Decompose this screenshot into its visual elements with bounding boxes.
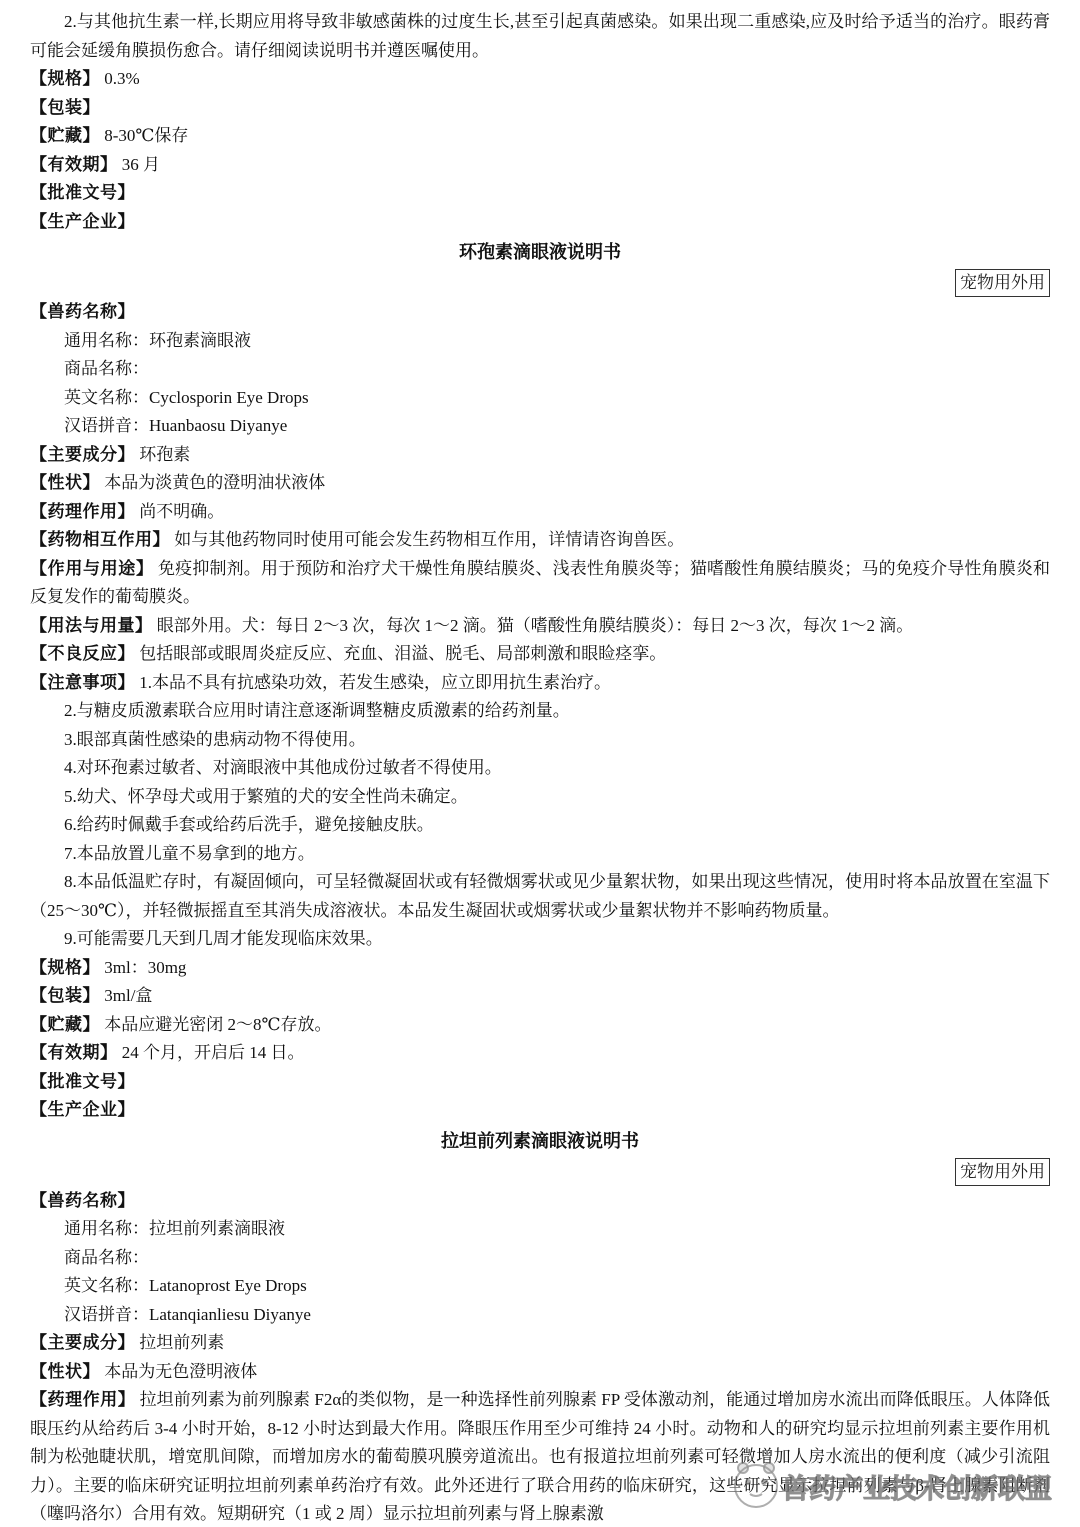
entry-indications: 【作用与用途】 免疫抑制剂。用于预防和治疗犬干燥性角膜结膜炎、浅表性角膜炎等；猫… — [30, 555, 1050, 612]
pet-external-use-badge: 宠物用外用 — [955, 269, 1050, 297]
entry-dosage: 【用法与用量】 眼部外用。犬：每日 2～3 次，每次 1～2 滴。猫（嗜酸性角膜… — [30, 612, 1050, 641]
field-value: 3ml/盒 — [100, 986, 152, 1005]
cyclosporin-leaflet-title: 环孢素滴眼液说明书 — [30, 237, 1050, 267]
field-label: 【有效期】 — [30, 155, 118, 174]
field-value: 0.3% — [100, 69, 140, 88]
field-value: 36 月 — [118, 155, 161, 174]
field-row-spec: 【规格】 3ml：30mg — [30, 954, 1050, 983]
precaution-note: 6.给药时佩戴手套或给药后洗手，避免接触皮肤。 — [30, 811, 1050, 840]
entry-pharmacology: 【药理作用】 尚不明确。 — [30, 498, 1050, 527]
field-value: 本品应避光密闭 2～8℃存放。 — [100, 1015, 332, 1034]
field-label: 【包装】 — [30, 98, 100, 117]
precaution-note: 3.眼部真菌性感染的患病动物不得使用。 — [30, 726, 1050, 755]
field-label: 【不良反应】 — [30, 644, 135, 663]
field-row-manufacturer: 【生产企业】 — [30, 208, 1050, 237]
field-row-approval: 【批准文号】 — [30, 179, 1050, 208]
field-value: 3ml：30mg — [100, 958, 186, 977]
trade-name-line: 商品名称： — [30, 1244, 1050, 1273]
field-row-spec: 【规格】 0.3% — [30, 65, 1050, 94]
field-value: 8-30℃保存 — [100, 126, 188, 145]
field-value: 本品为淡黄色的澄明油状液体 — [100, 473, 325, 492]
field-value: 包括眼部或眼周炎症反应、充血、泪溢、脱毛、局部刺激和眼睑痉挛。 — [135, 644, 666, 663]
precaution-note: 2.与糖皮质激素联合应用时请注意逐渐调整糖皮质激素的给药剂量。 — [30, 697, 1050, 726]
badge-row: 宠物用外用 — [30, 1157, 1050, 1187]
field-value: 本品为无色澄明液体 — [100, 1362, 257, 1381]
field-value: 免疫抑制剂。用于预防和治疗犬干燥性角膜结膜炎、浅表性角膜炎等；猫嗜酸性角膜结膜炎… — [30, 559, 1050, 607]
precaution-note: 8.本品低温贮存时，有凝固倾向，可呈轻微凝固状或有轻微烟雾状或见少量絮状物，如果… — [30, 868, 1050, 925]
field-label: 【有效期】 — [30, 1043, 118, 1062]
english-name-line: 英文名称：Latanoprost Eye Drops — [30, 1272, 1050, 1301]
field-row-packaging: 【包装】 3ml/盒 — [30, 982, 1050, 1011]
entry-drug-interaction: 【药物相互作用】 如与其他药物同时使用可能会发生药物相互作用，详情请咨询兽医。 — [30, 526, 1050, 555]
field-label: 【药理作用】 — [30, 502, 135, 521]
drug-name-heading: 【兽药名称】 — [30, 1187, 1050, 1216]
trade-name-line: 商品名称： — [30, 355, 1050, 384]
entry-character: 【性状】 本品为淡黄色的澄明油状液体 — [30, 469, 1050, 498]
field-label: 【主要成分】 — [30, 445, 135, 464]
field-label: 【用法与用量】 — [30, 616, 153, 635]
badge-row: 宠物用外用 — [30, 268, 1050, 298]
precaution-note: 4.对环孢素过敏者、对滴眼液中其他成份过敏者不得使用。 — [30, 754, 1050, 783]
field-value: 24 个月，开启后 14 日。 — [118, 1043, 305, 1062]
field-label: 【贮藏】 — [30, 1015, 100, 1034]
generic-name-line: 通用名称：环孢素滴眼液 — [30, 327, 1050, 356]
precaution-note: 5.幼犬、怀孕母犬或用于繁殖的犬的安全性尚未确定。 — [30, 783, 1050, 812]
field-label: 【贮藏】 — [30, 126, 100, 145]
entry-character: 【性状】 本品为无色澄明液体 — [30, 1358, 1050, 1387]
field-row-storage: 【贮藏】 8-30℃保存 — [30, 122, 1050, 151]
field-row-manufacturer: 【生产企业】 — [30, 1096, 1050, 1125]
field-value: 如与其他药物同时使用可能会发生药物相互作用，详情请咨询兽医。 — [170, 530, 684, 549]
antibiotic-warning-paragraph: 2.与其他抗生素一样,长期应用将导致非敏感菌株的过度生长,甚至引起真菌感染。如果… — [30, 8, 1050, 65]
field-label: 【药物相互作用】 — [30, 530, 170, 549]
entry-adverse-reactions: 【不良反应】 包括眼部或眼周炎症反应、充血、泪溢、脱毛、局部刺激和眼睑痉挛。 — [30, 640, 1050, 669]
field-label: 【包装】 — [30, 986, 100, 1005]
field-row-storage: 【贮藏】 本品应避光密闭 2～8℃存放。 — [30, 1011, 1050, 1040]
generic-name-line: 通用名称：拉坦前列素滴眼液 — [30, 1215, 1050, 1244]
latanoprost-leaflet-title: 拉坦前列素滴眼液说明书 — [30, 1126, 1050, 1156]
field-row-packaging: 【包装】 — [30, 94, 1050, 123]
pet-external-use-badge: 宠物用外用 — [955, 1158, 1050, 1186]
field-label: 【生产企业】 — [30, 1100, 135, 1119]
field-value: 尚不明确。 — [135, 502, 224, 521]
entry-main-ingredient: 【主要成分】 拉坦前列素 — [30, 1329, 1050, 1358]
field-value: 眼部外用。犬：每日 2～3 次，每次 1～2 滴。猫（嗜酸性角膜结膜炎）：每日 … — [153, 616, 914, 635]
drug-name-heading: 【兽药名称】 — [30, 298, 1050, 327]
entry-pharmacology: 【药理作用】 拉坦前列素为前列腺素 F2α的类似物，是一种选择性前列腺素 FP … — [30, 1386, 1050, 1527]
entry-main-ingredient: 【主要成分】 环孢素 — [30, 441, 1050, 470]
pinyin-name-line: 汉语拼音：Latanqianliesu Diyanye — [30, 1301, 1050, 1330]
precaution-note: 7.本品放置儿童不易拿到的地方。 — [30, 840, 1050, 869]
field-value: 环孢素 — [135, 445, 190, 464]
pinyin-name-line: 汉语拼音：Huanbaosu Diyanye — [30, 412, 1050, 441]
field-label: 【性状】 — [30, 473, 100, 492]
field-value: 拉坦前列素 — [135, 1333, 224, 1352]
field-value: 拉坦前列素为前列腺素 F2α的类似物，是一种选择性前列腺素 FP 受体激动剂，能… — [30, 1390, 1050, 1523]
document-page: 2.与其他抗生素一样,长期应用将导致非敏感菌株的过度生长,甚至引起真菌感染。如果… — [0, 0, 1080, 1527]
field-label: 【作用与用途】 — [30, 559, 154, 578]
field-label: 【兽药名称】 — [30, 1191, 135, 1210]
field-row-validity: 【有效期】 24 个月，开启后 14 日。 — [30, 1039, 1050, 1068]
english-name-line: 英文名称：Cyclosporin Eye Drops — [30, 384, 1050, 413]
field-row-validity: 【有效期】 36 月 — [30, 151, 1050, 180]
field-label: 【规格】 — [30, 958, 100, 977]
precaution-note: 9.可能需要几天到几周才能发现临床效果。 — [30, 925, 1050, 954]
field-label: 【性状】 — [30, 1362, 100, 1381]
field-label: 【主要成分】 — [30, 1333, 135, 1352]
field-label: 【批准文号】 — [30, 183, 135, 202]
entry-precautions: 【注意事项】 1.本品不具有抗感染功效，若发生感染，应立即用抗生素治疗。 — [30, 669, 1050, 698]
field-row-approval: 【批准文号】 — [30, 1068, 1050, 1097]
field-value: 1.本品不具有抗感染功效，若发生感染，应立即用抗生素治疗。 — [135, 673, 611, 692]
field-label: 【兽药名称】 — [30, 302, 135, 321]
field-label: 【生产企业】 — [30, 212, 135, 231]
field-label: 【注意事项】 — [30, 673, 135, 692]
field-label: 【规格】 — [30, 69, 100, 88]
field-label: 【批准文号】 — [30, 1072, 135, 1091]
field-label: 【药理作用】 — [30, 1390, 135, 1409]
